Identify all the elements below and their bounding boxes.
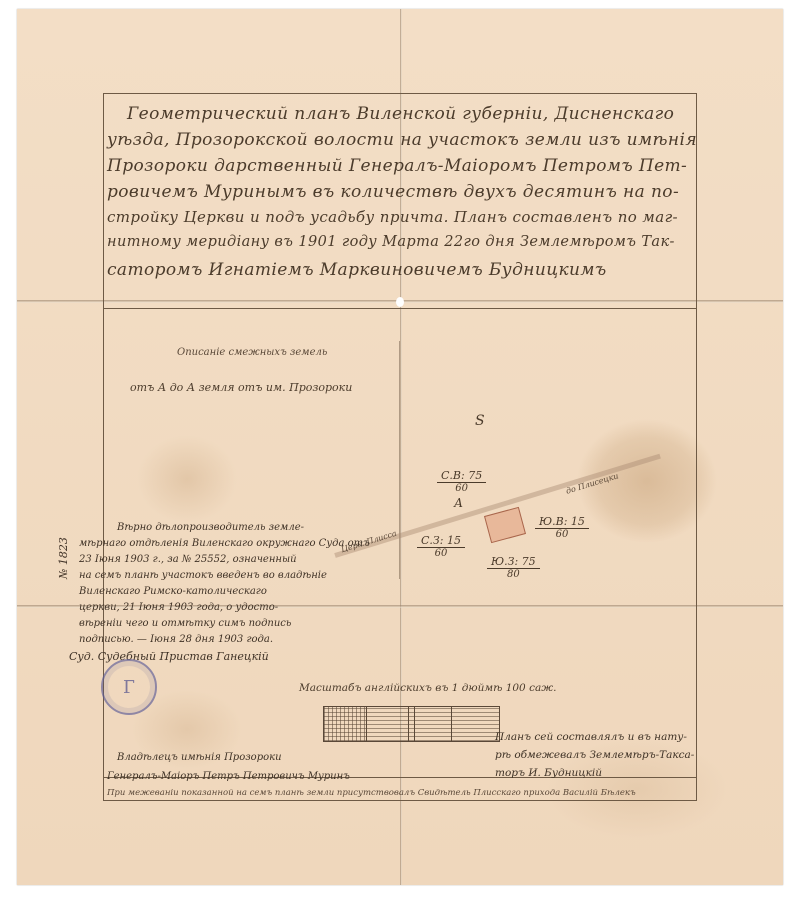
- point-a-label: А: [454, 496, 463, 510]
- cert-line: 23 Іюня 1903 г., за № 25552, означенный: [79, 554, 297, 565]
- title-line: Геометрический планъ Виленской губерніи,…: [127, 104, 674, 124]
- cert-signature: Суд. Судебный Пристав Ганецкій: [69, 650, 269, 663]
- owner-line: Генералъ-Маіоръ Петръ Петровичъ Муринъ: [107, 771, 350, 782]
- surveyor-signature: торъ И. Будницкій: [495, 767, 602, 779]
- cert-line: на семъ планѣ участокъ введенъ во владѣн…: [79, 570, 327, 581]
- owner-line: Владѣлецъ имѣнія Прозороки: [117, 752, 282, 763]
- title-line: нитному меридіану въ 1901 году Марта 22г…: [107, 234, 675, 250]
- title-separator: [104, 308, 696, 309]
- cert-line: вѣреніи чего и отмѣтку симъ подпись: [79, 618, 291, 629]
- scale-division: [414, 707, 415, 741]
- surveyor-note-line: Планъ сей составлялъ и въ нату-: [495, 731, 687, 743]
- title-line: стройку Церкви и подъ усадьбу причта. Пл…: [107, 208, 678, 226]
- seal-icon: Г: [123, 677, 135, 698]
- witness-line: При межеваніи показанной на семъ планѣ з…: [107, 788, 636, 798]
- magnetic-meridian-line: [399, 341, 400, 579]
- description-line: отъ А до А земля отъ им. Прозороки: [130, 381, 352, 394]
- scale-division: [451, 707, 452, 741]
- cert-line: церкви, 21 Іюня 1903 года, о удосто-: [79, 602, 278, 613]
- scale-label: Масштабъ англійскихъ въ 1 дюймѣ 100 саж.: [299, 682, 557, 694]
- cert-line: подписью. — Іюня 28 дня 1903 года.: [79, 634, 273, 645]
- title-line: уѣзда, Прозорокской волости на участокъ …: [107, 130, 697, 150]
- scale-bar-fine-division: [324, 707, 367, 741]
- bearing-nw: С.З: 1560: [417, 534, 465, 559]
- bearing-ne: С.В: 7560: [437, 469, 486, 494]
- description-heading: Описаніе смежныхъ земель: [177, 347, 327, 358]
- cert-line: мѣрнаго отдѣленія Виленскаго окружнаго С…: [79, 538, 370, 549]
- title-line: Прозороки дарственный Генералъ-Маіоромъ …: [107, 156, 687, 176]
- bearing-se: Ю.В: 1560: [535, 515, 589, 540]
- title-line: саторомъ Игнатіемъ Марквиновичемъ Будниц…: [107, 260, 607, 280]
- bearing-sw: Ю.З: 7580: [487, 555, 540, 580]
- surveyor-note-line: рѣ обмежевалъ Землемѣръ-Такса-: [495, 749, 694, 761]
- scale-division: [408, 707, 409, 741]
- scale-bar: [323, 706, 500, 742]
- title-line: ровичемъ Муринымъ въ количествѣ двухъ де…: [107, 182, 679, 202]
- registry-number: № 1823: [57, 537, 70, 579]
- document-sheet: Геометрический планъ Виленской губерніи,…: [17, 9, 783, 885]
- north-marker: S: [475, 413, 485, 429]
- official-seal-stamp: Г: [101, 659, 157, 715]
- cert-line: Вѣрно дѣлопроизводитель земле-: [117, 522, 304, 533]
- cert-line: Виленскаго Римско-католическаго: [79, 586, 267, 597]
